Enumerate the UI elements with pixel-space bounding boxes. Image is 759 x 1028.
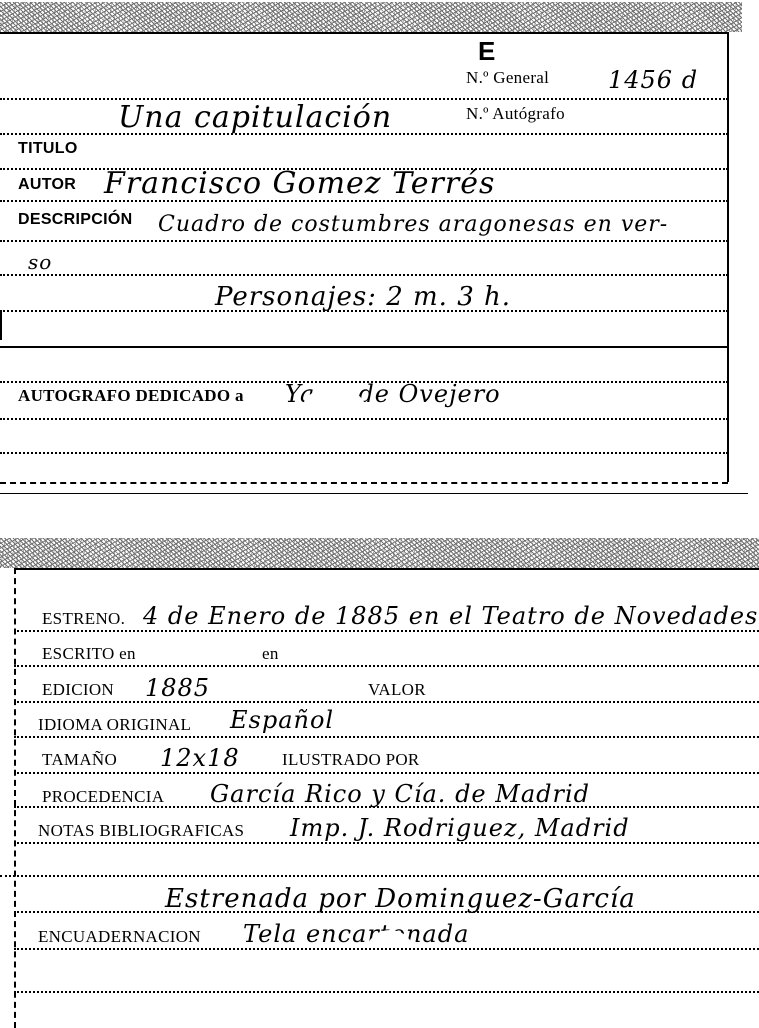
notas-value[interactable]: Imp. J. Rodriguez, Madrid <box>290 814 630 842</box>
idioma-value[interactable]: Español <box>230 706 334 734</box>
rule <box>0 133 728 135</box>
card-top-border <box>14 568 759 570</box>
notas-continuation[interactable]: Estrenada por Dominguez-García <box>165 884 636 914</box>
rule <box>14 701 759 703</box>
valor-label: VALOR <box>368 680 426 700</box>
paper-hole <box>300 386 368 446</box>
descripcion-value[interactable]: Cuadro de costumbres aragonesas en ver- <box>158 212 668 237</box>
autor-label: AUTOR <box>18 176 76 194</box>
escrito-label: ESCRITO en <box>42 644 136 664</box>
rule <box>0 418 728 420</box>
catalog-card-top: E N.º General 1456 d Una capitulación N.… <box>0 0 759 500</box>
card-top-border <box>0 32 728 34</box>
numero-autografo-label: N.º Autógrafo <box>466 104 565 124</box>
rule <box>14 630 759 632</box>
escrito-label-en: en <box>262 644 279 664</box>
procedencia-value[interactable]: García Rico y Cía. de Madrid <box>210 780 590 808</box>
idioma-label: IDIOMA ORIGINAL <box>38 715 191 735</box>
rule <box>14 948 759 950</box>
rule <box>14 991 759 993</box>
autografo-dedicado-label: AUTOGRAFO DEDICADO a <box>18 386 244 406</box>
rule <box>0 200 728 202</box>
numero-general-value[interactable]: 1456 d <box>608 66 698 94</box>
rule <box>0 274 728 276</box>
rule <box>0 452 728 454</box>
descripcion-label: DESCRIPCIÓN <box>18 211 132 229</box>
rule <box>0 482 728 484</box>
edicion-label: EDICION <box>42 680 114 700</box>
title-handwritten[interactable]: Una capitulación <box>118 100 392 135</box>
rule <box>14 806 759 808</box>
left-tick <box>0 310 2 340</box>
edicion-value[interactable]: 1885 <box>145 674 210 702</box>
numero-general-label: N.º General <box>466 68 549 88</box>
descripcion-continuation[interactable]: so <box>28 250 52 274</box>
catalog-card-bottom: ESTRENO. 4 de Enero de 1885 en el Teatro… <box>0 530 759 1028</box>
section-mark: E <box>478 36 495 67</box>
ilustrado-por-label: ILUSTRADO POR <box>282 750 420 770</box>
rule <box>14 736 759 738</box>
rule <box>0 346 728 348</box>
encuadernacion-value[interactable]: Tela encartonada <box>243 920 469 948</box>
scan-noise-top <box>0 2 742 32</box>
rule <box>14 772 759 774</box>
rule <box>14 665 759 667</box>
scan-noise-bottom <box>0 538 759 568</box>
rule <box>0 310 728 312</box>
rule <box>14 842 759 844</box>
encuadernacion-label: ENCUADERNACION <box>38 927 201 947</box>
card-left-border <box>14 568 16 1028</box>
estreno-value[interactable]: 4 de Enero de 1885 en el Teatro de Noved… <box>143 602 758 630</box>
tamano-label: TAMAÑO <box>42 750 117 770</box>
rule <box>0 875 759 877</box>
personajes-value[interactable]: Personajes: 2 m. 3 h. <box>215 282 511 312</box>
card-bottom-edge <box>0 493 748 494</box>
autor-value[interactable]: Francisco Gomez Terrés <box>104 166 495 201</box>
rule <box>0 240 728 242</box>
titulo-label: TITULO <box>18 140 78 158</box>
procedencia-label: PROCEDENCIA <box>42 787 164 807</box>
rule <box>14 911 759 913</box>
notas-label: NOTAS BIBLIOGRAFICAS <box>38 821 244 841</box>
tamano-value[interactable]: 12x18 <box>160 744 240 772</box>
paper-hole <box>365 930 415 980</box>
estreno-label: ESTRENO. <box>42 609 125 629</box>
